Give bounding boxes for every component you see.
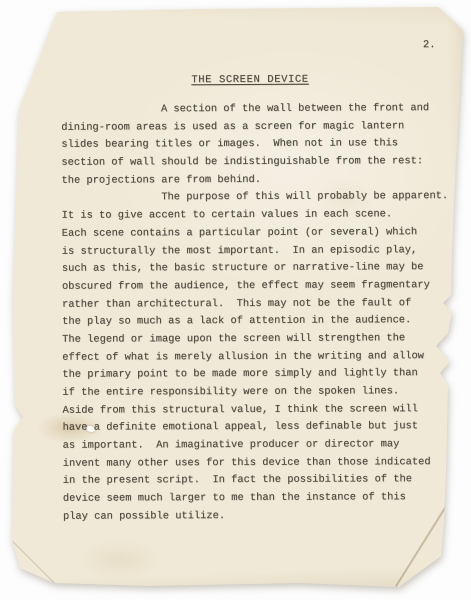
body-line: slides bearing titles or images. When no… [61,135,451,154]
paper-shadow: 2. THE SCREEN DEVICE A section of the wa… [0,0,471,600]
body-line: as important. An imaginative producer or… [63,436,453,455]
body-line: play can possible utilize. [63,507,453,526]
body-line: The purpose of this will probably be app… [62,188,452,207]
body-line: invent many other uses for this device t… [63,454,453,473]
body-line: A section of the wall between the front … [61,100,451,119]
body-line: such as this, the basic structure or nar… [62,259,452,278]
body-line: obscured from the audience, the effect m… [62,277,452,296]
body-line: have a definite emotional appeal, less d… [63,418,453,437]
body-line: Aside from this structural value, I thin… [62,401,452,420]
scan-background: 2. THE SCREEN DEVICE A section of the wa… [0,0,471,600]
body-line: in the present script. In fact the possi… [63,471,453,490]
body-line: It is to give accent to certain values i… [62,206,452,225]
body-line: if the entire responsibility were on the… [62,383,452,402]
document-title: THE SCREEN DEVICE [61,73,439,87]
typewritten-text-layer: 2. THE SCREEN DEVICE A section of the wa… [0,0,471,600]
body-line: Each scene contains a particular point (… [62,224,452,243]
document-body: A section of the wall between the front … [61,100,453,526]
body-line: the projections are from behind. [61,171,451,190]
document-page: 2. THE SCREEN DEVICE A section of the wa… [0,0,471,600]
body-line: effect of what is merely allusion in the… [62,348,452,367]
body-line: the primary point to be made more simply… [62,365,452,384]
body-line: device seem much larger to me than the i… [63,489,453,508]
body-line: The legend or image upon the screen will… [62,330,452,349]
body-line: dining-room areas is used as a screen fo… [61,118,451,137]
page-number: 2. [423,39,436,51]
body-line: rather than architectural. This may not … [62,295,452,314]
body-line: the play so much as a lack of attention … [62,312,452,331]
body-line: is structurally the most important. In a… [62,242,452,261]
body-line: section of wall should be indistinguisha… [61,153,451,172]
